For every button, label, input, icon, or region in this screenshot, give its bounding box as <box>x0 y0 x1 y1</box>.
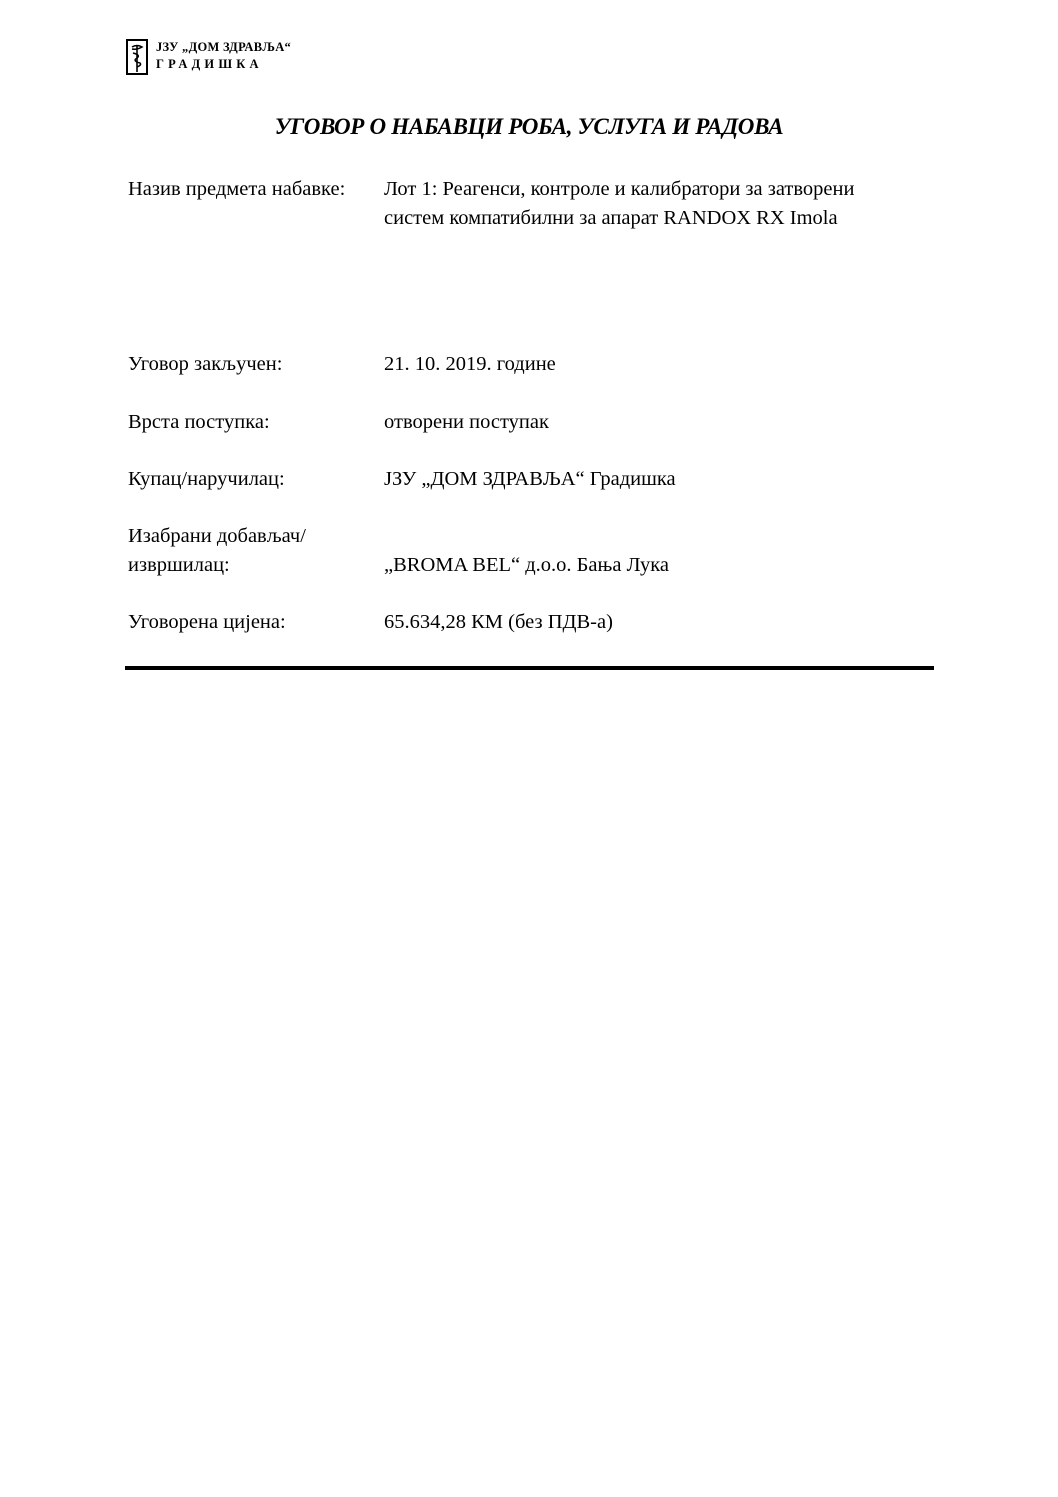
field-value: отворени поступак <box>384 408 549 437</box>
field-label: Купац/наручилац: <box>128 465 285 494</box>
field-value: 65.634,28 КМ (без ПДВ-а) <box>384 608 613 637</box>
organization-logo: ЈЗУ „ДОМ ЗДРАВЉА“ ГРАДИШКА <box>126 39 291 75</box>
field-value: „BROMA BEL“ д.о.о. Бања Лука <box>384 551 669 580</box>
field-label-cont: извршилац: <box>128 551 230 580</box>
org-name: ЈЗУ „ДОМ ЗДРАВЉА“ <box>156 39 291 56</box>
caduceus-icon <box>126 39 148 75</box>
field-label: Уговорена цијена: <box>128 608 286 637</box>
field-value: 21. 10. 2019. године <box>384 350 556 379</box>
field-value: ЈЗУ „ДОМ ЗДРАВЉА“ Градишка <box>384 465 676 494</box>
horizontal-divider <box>125 666 934 670</box>
org-city: ГРАДИШКА <box>156 56 291 73</box>
field-label: Врста поступка: <box>128 408 270 437</box>
document-title: УГОВОР О НАБАВЦИ РОБА, УСЛУГА И РАДОВА <box>0 114 1058 140</box>
field-label: Изабрани добављач/ <box>128 522 306 551</box>
field-label: Назив предмета набавке: <box>128 175 345 204</box>
field-value: Лот 1: Реагенси, контроле и калибратори … <box>384 175 854 204</box>
field-label: Уговор закључен: <box>128 350 282 379</box>
field-value-cont: систем компатибилни за апарат RANDOX RX … <box>384 204 838 233</box>
